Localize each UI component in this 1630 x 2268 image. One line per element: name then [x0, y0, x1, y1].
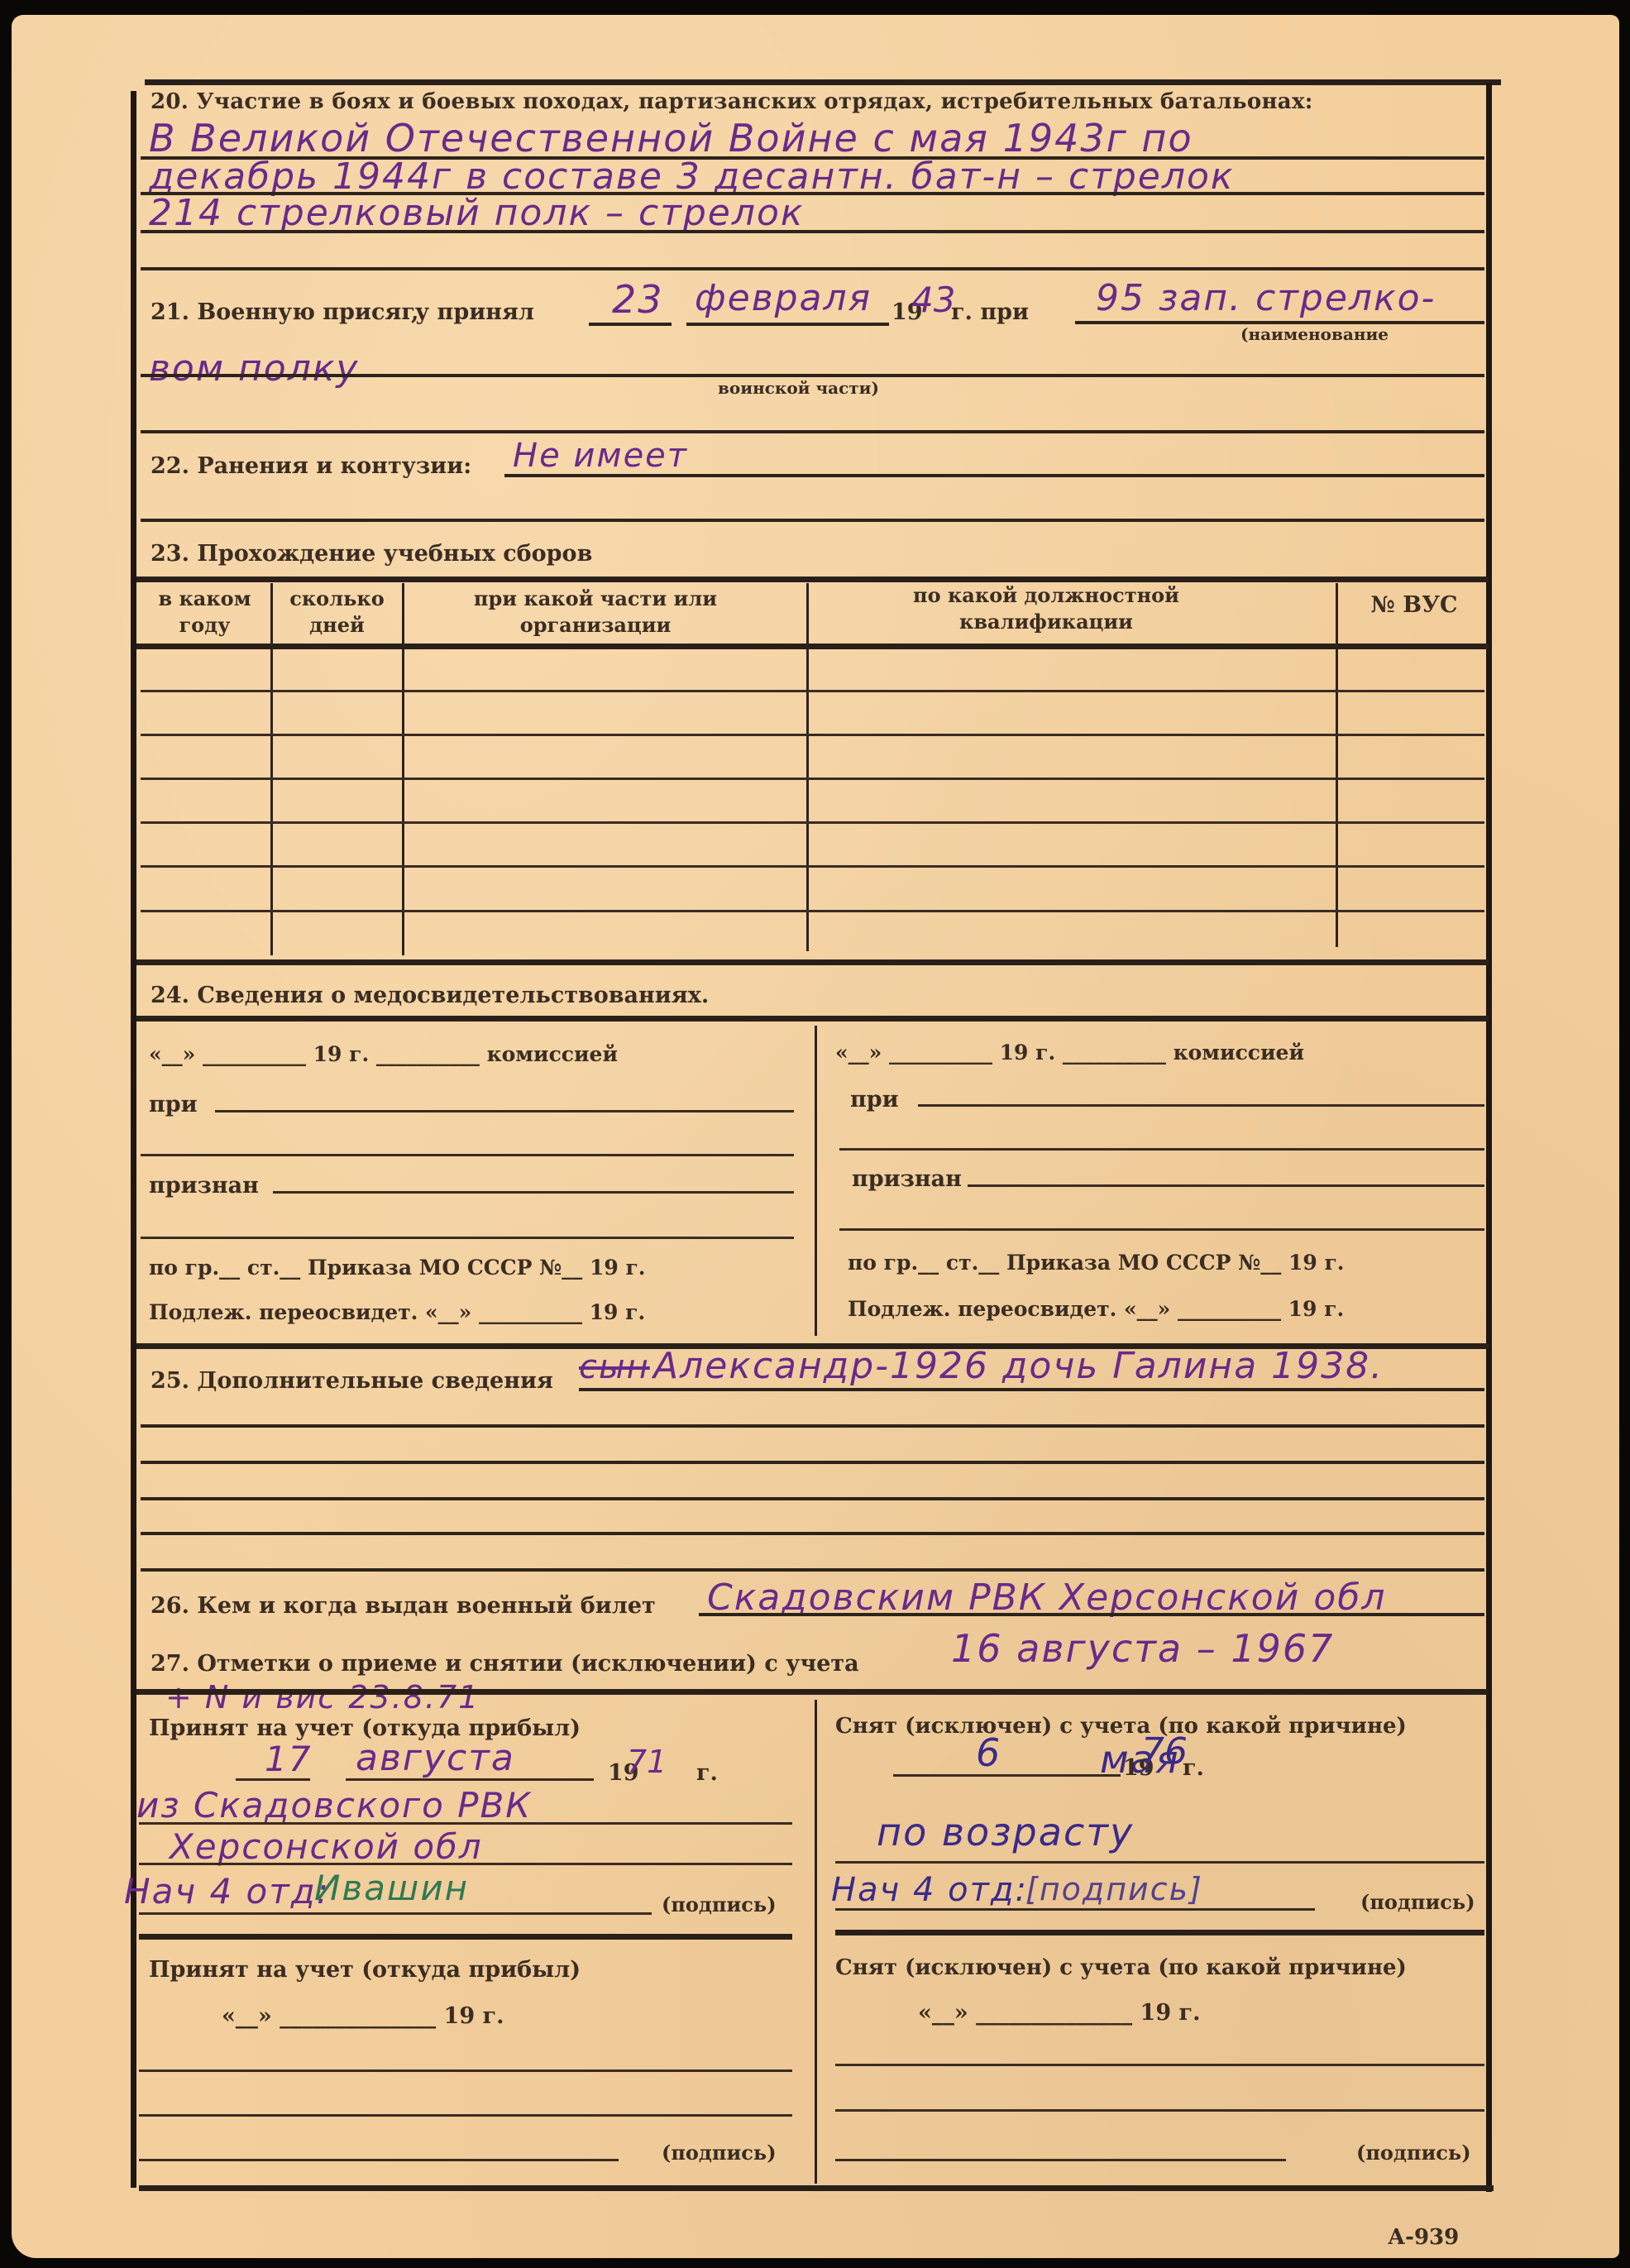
- s27-accepted1-from-1: из Скадовского РВК: [136, 1785, 532, 1825]
- s27-removed1-chief: Нач 4 отд:: [831, 1871, 1028, 1909]
- s24-left-rule-3: [141, 1237, 794, 1239]
- frame-bottom-line: [139, 2185, 1494, 2191]
- form-code: А-939: [1388, 2225, 1459, 2250]
- s27-removed2-title: Снят (исключен) с учета (по какой причин…: [835, 1955, 1407, 1980]
- s27-accepted2-sign-hint: (подпись): [662, 2141, 777, 2165]
- s21-unit-line-1: 95 зап. стрелко-: [1096, 277, 1436, 319]
- s21-month-rule: [686, 323, 889, 326]
- s27-removed1-day-rule: [893, 1774, 959, 1777]
- s20-label: 20. Участие в боях и боевых походах, пар…: [151, 89, 1313, 114]
- s27-removed1-title: Снят (исключен) с учета (по какой причин…: [835, 1714, 1407, 1739]
- s23-vsep-1: [270, 583, 273, 955]
- s21-unit-line-2: вом полку: [149, 347, 359, 390]
- s27-accepted1-day: 17: [265, 1739, 312, 1779]
- s23-col-unit-l2: организации: [405, 612, 786, 639]
- s20-rule-3: [141, 230, 1484, 233]
- s27-accepted1-month-rule: [346, 1778, 594, 1781]
- s27-removed1-signature: [подпись]: [1025, 1871, 1203, 1907]
- s23-col-days: сколько дней: [273, 586, 401, 639]
- s24-left-rule-2: [141, 1154, 794, 1156]
- s25-rule-3: [141, 1461, 1484, 1464]
- s20-line-3: 214 стрелковый полк – стрелок: [149, 192, 804, 234]
- s23-row-rule-1: [141, 690, 1484, 692]
- s24-right-date: «__» __________ 19 г. __________ комисси…: [835, 1041, 1304, 1065]
- s23-row-rule-3: [141, 778, 1484, 780]
- s23-row-rule-4: [141, 821, 1484, 824]
- s22-label: 22. Ранения и контузии:: [151, 453, 471, 479]
- s23-col-unit: при какой части или организации: [405, 586, 786, 639]
- s23-table-top: [136, 577, 1489, 582]
- s27-removed2-date: «__» ______________ 19 г.: [918, 2000, 1200, 2026]
- s21-year-hand: 43: [911, 280, 955, 320]
- s27-removed1-year-suffix: г.: [1183, 1755, 1204, 1781]
- frame-right-border: [1486, 83, 1492, 2192]
- s23-vsep-4: [1336, 583, 1338, 947]
- s26-label: 26. Кем и когда выдан военный билет: [151, 1593, 656, 1619]
- s23-col-qualification: по какой должностной квалификации: [794, 582, 1298, 635]
- s27-accepted1-year-suffix: г.: [696, 1760, 718, 1786]
- s22-rule-1: [504, 474, 1484, 477]
- s26-rule: [699, 1613, 1484, 1616]
- s23-header-bottom: [136, 644, 1489, 649]
- s24-left-priznan-rule: [273, 1191, 794, 1194]
- s23-col-days-l2: дней: [273, 612, 401, 639]
- s27-label: 27. Отметки о приеме и снятии (исключени…: [151, 1651, 859, 1677]
- s24-right-priznan-rule: [968, 1184, 1484, 1187]
- s23-col-vus: № ВУС: [1344, 592, 1484, 618]
- s24-left-priznan: признан: [149, 1173, 259, 1199]
- s25-label: 25. Дополнительные сведения: [151, 1368, 553, 1394]
- s27-removed1-rule-2: [835, 1908, 1315, 1911]
- s21-day-rule: [589, 323, 672, 326]
- s24-right-order: по гр.__ ст.__ Приказа МО СССР №__ 19 г.: [848, 1251, 1345, 1275]
- s20-line-1: В Великой Отечественной Войне с мая 1943…: [149, 116, 1193, 160]
- s23-label: 23. Прохождение учебных сборов: [151, 541, 592, 567]
- s27-top-rule: [136, 1689, 1489, 1695]
- s23-col-qualification-l2: квалификации: [794, 609, 1298, 635]
- s21-unit-rule-2: [141, 374, 1484, 377]
- s23-col-unit-l1: при какой части или: [405, 586, 786, 612]
- s24-left-pri: при: [149, 1092, 198, 1117]
- s21-label: 21. Военную присягу принял: [151, 299, 534, 325]
- s25-rule-2: [141, 1424, 1484, 1428]
- s25-rule-5: [141, 1532, 1484, 1535]
- s23-row-rule-5: [141, 865, 1484, 868]
- s21-month: февраля: [695, 277, 872, 319]
- s27-removed2-rule-1: [835, 2064, 1484, 2066]
- s27-accepted1-rule-2: [139, 1863, 792, 1865]
- s27-accepted2-rule-2: [139, 2114, 792, 2117]
- s27-center-divider: [815, 1700, 817, 2184]
- s27-removed1-year-hand: 76: [1141, 1730, 1188, 1773]
- s21-year-suffix: г. при: [951, 299, 1029, 325]
- s25-struck-word: сын: [579, 1348, 650, 1386]
- s20-rule-4: [141, 267, 1484, 270]
- s22-value: Не имеет: [513, 437, 688, 475]
- s27-removed1-rule-1: [835, 1861, 1484, 1864]
- s27-removed2-rule-3: [835, 2159, 1286, 2161]
- s21-day: 23: [612, 277, 664, 322]
- s24-right-priznan: признан: [852, 1166, 962, 1192]
- s24-right-rule-3: [839, 1228, 1484, 1231]
- s24-top-rule: [136, 1016, 1489, 1022]
- s26-date: 16 августа – 1967: [951, 1626, 1334, 1671]
- s21-quote: ,: [411, 299, 418, 325]
- s23-col-year: в каком году: [141, 586, 269, 639]
- s23-col-year-l2: году: [141, 612, 269, 639]
- s24-right-recheck: Подлеж. переосвидет. «__» __________ 19 …: [848, 1297, 1344, 1321]
- s27-removed1-sign-hint: (подпись): [1360, 1890, 1475, 1914]
- s27-removed1-day: 6: [976, 1730, 1001, 1775]
- s27-accepted1-rule-3: [139, 1912, 652, 1915]
- s23-col-year-l1: в каком: [141, 586, 269, 612]
- s25-rule-6: [141, 1568, 1484, 1572]
- s21-hint-2: воинской части): [718, 378, 879, 398]
- s24-left-recheck: Подлеж. переосвидет. «__» __________ 19 …: [149, 1300, 645, 1324]
- s27-accepted1-from-2: Херсонской обл: [170, 1826, 483, 1867]
- s27-annotation: + N и вис 23.8.71: [165, 1679, 480, 1715]
- s27-accepted2-title: Принят на учет (откуда прибыл): [149, 1957, 581, 1983]
- s22-rule-2: [141, 519, 1484, 522]
- s27-removed1-bottom: [835, 1930, 1484, 1935]
- s21-hint-1: (наименование: [1240, 324, 1389, 344]
- s23-table-bottom: [136, 959, 1489, 965]
- s27-accepted1-month: августа: [356, 1737, 515, 1779]
- s23-vsep-2: [402, 583, 404, 955]
- s27-accepted2-rule-1: [139, 2069, 792, 2072]
- s27-removed1-reason: по возрасту: [877, 1810, 1134, 1854]
- s27-accepted1-year-hand: 71: [627, 1744, 667, 1780]
- s24-right-pri-rule: [918, 1104, 1484, 1107]
- s27-accepted2-date: «__» ______________ 19 г.: [222, 2003, 504, 2029]
- s23-col-days-l1: сколько: [273, 586, 401, 612]
- s21-rule-end: [141, 430, 1484, 433]
- s24-right-pri: при: [850, 1087, 899, 1112]
- s25-rule-1: [579, 1388, 1484, 1391]
- s27-removed2-sign-hint: (подпись): [1356, 2141, 1471, 2165]
- s27-accepted1-day-rule: [236, 1778, 310, 1781]
- s25-rule-4: [141, 1497, 1484, 1500]
- s27-accepted2-rule-3: [139, 2159, 619, 2161]
- s27-accepted1-bottom: [139, 1934, 792, 1940]
- s24-right-rule-2: [839, 1148, 1484, 1151]
- s23-row-rule-2: [141, 734, 1484, 736]
- s24-center-divider: [815, 1026, 817, 1336]
- s27-accepted1-signature: Ивашин: [314, 1868, 469, 1908]
- s23-vsep-3: [806, 583, 809, 951]
- s24-left-date: «__» __________ 19 г. __________ комисси…: [149, 1042, 618, 1066]
- s23-row-rule-6: [141, 910, 1484, 912]
- s24-left-pri-rule: [215, 1110, 794, 1112]
- s24-label: 24. Сведения о медосвидетельствованиях.: [151, 983, 709, 1008]
- s24-left-order: по гр.__ ст.__ Приказа МО СССР №__ 19 г.: [149, 1256, 646, 1280]
- s27-removed1-month-rule: [955, 1774, 1121, 1777]
- s25-value: Александр-1926 дочь Галина 1938.: [653, 1345, 1384, 1387]
- s27-accepted1-rule-1: [139, 1822, 792, 1825]
- s27-removed2-rule-2: [835, 2109, 1484, 2112]
- s27-accepted1-sign-hint: (подпись): [662, 1892, 777, 1916]
- s27-accepted1-chief: Нач 4 отд:: [124, 1871, 330, 1912]
- frame-top-line: [145, 79, 1501, 85]
- s23-col-qualification-l1: по какой должностной: [794, 582, 1298, 609]
